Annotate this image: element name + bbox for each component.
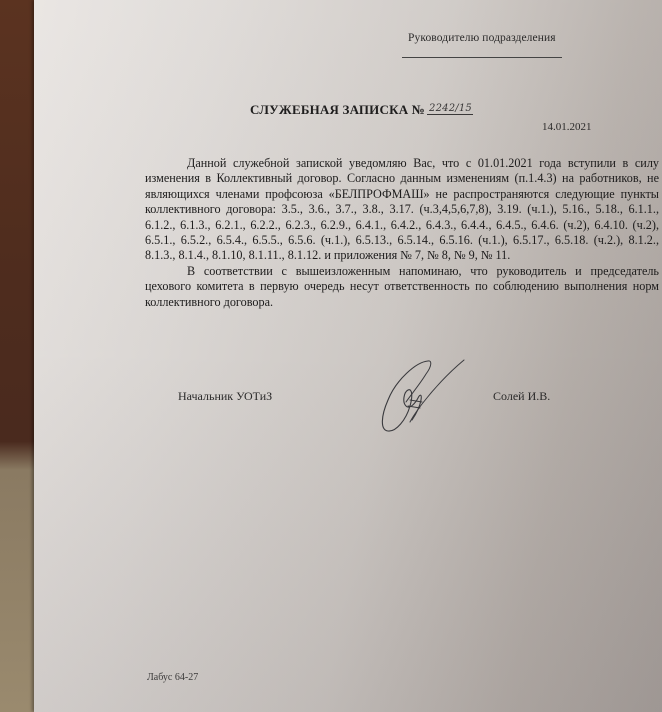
signatory-position: Начальник УОТиЗ [178, 389, 272, 404]
addressee-underline [402, 57, 562, 58]
body-paragraph-1: Данной служебной запиской уведомляю Вас,… [145, 156, 659, 264]
memo-body: Данной служебной запиской уведомляю Вас,… [145, 156, 659, 310]
body-paragraph-2: В соответствии с вышеизложенным напомина… [145, 264, 659, 310]
memo-title-text: СЛУЖЕБНАЯ ЗАПИСКА № [250, 102, 425, 117]
memo-date: 14.01.2021 [542, 121, 592, 133]
handwritten-signature-icon [366, 358, 466, 434]
signatory-name: Солей И.В. [493, 389, 550, 404]
footer-contact-note: Лабус 64-27 [147, 672, 198, 683]
addressee: Руководителю подразделения [408, 32, 556, 44]
handwritten-memo-number: 2242/15 [427, 103, 473, 115]
memo-title: СЛУЖЕБНАЯ ЗАПИСКА №2242/15 [250, 102, 473, 118]
